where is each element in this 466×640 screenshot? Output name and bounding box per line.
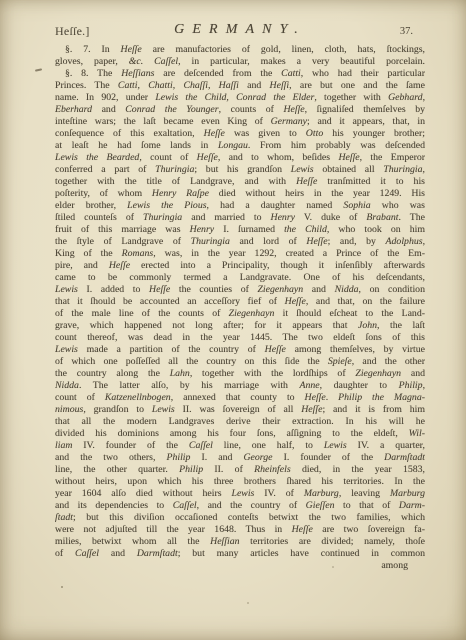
text-line: fruit of this marriage was Henry I. ſurn… [55,224,425,236]
text-line: year 1604 alſo died without heirs Lewis … [55,488,425,500]
text-line: count of Katzenellnbogen, annexed that c… [55,392,425,404]
text-line: nimous, grandſon to Lewis II. was ſovere… [55,404,425,416]
text-line: came to be commonly termed a Landgravate… [55,272,425,284]
text-block: §. 7. In Heſſe are manufactories of gold… [55,44,425,560]
text-line: ſtiled counteſs of Thuringia and married… [55,212,425,224]
text-line: Lewis I. added to Heſſe the counties of … [55,284,425,296]
running-head-title: GERMANY. [55,22,425,38]
text-line: grave, which happened not long after; fo… [55,320,425,332]
text-line: without heirs, upon which his three brot… [55,476,425,488]
text-line: Lewis the Bearded, count of Heſſe, and t… [55,152,425,164]
text-line: the ſtyle of Landgrave of Thuringia and … [55,236,425,248]
text-line: line, the other quarter. Philip II. of R… [55,464,425,476]
text-line: the country along the Lahn, together wit… [55,368,425,380]
catchword-line: among [55,560,425,572]
running-head: Heſſe.] GERMANY. 37. [55,22,425,40]
text-line: at leaſt he had ſome lands in Longau. Fr… [55,140,425,152]
book-page: Heſſe.] GERMANY. 37. §. 7. In Heſſe are … [0,0,466,640]
text-line: King of the Romans, was, in the year 129… [55,248,425,260]
text-line: that it ſhould be accounted an acceſſory… [55,296,425,308]
text-line: inteſtine wars; the laſt became even Kin… [55,116,425,128]
text-line: Nidda. The latter alſo, by his marriage … [55,380,425,392]
text-line: gloves, paper, &c. Caſſel, in particular… [55,56,425,68]
ink-speck [61,586,63,588]
text-line: ſtadt; but this diviſion occaſioned cont… [55,512,425,524]
text-line: of the male line of the counts of Ziegen… [55,308,425,320]
text-line: of which one poſſeſſed all the country o… [55,356,425,368]
text-line: milies, betwixt whom all the Heſſian ter… [55,536,425,548]
text-line: §. 7. In Heſſe are manufactories of gold… [55,44,425,56]
text-line: count thereof, was dead in the year 1445… [55,332,425,344]
text-line: Eberhard and Conrad the Younger, counts … [55,104,425,116]
text-line: Lewis made a partition of the country of… [55,344,425,356]
page-number: 37. [400,26,413,37]
text-line: poſterity, of whom Henry Raſpe died with… [55,188,425,200]
text-line: conſequence of this exaltation, Heſſe wa… [55,128,425,140]
text-line: and the two others, Philip I. and George… [55,452,425,464]
ink-speck [247,602,249,604]
text-line: and its dependencies to Caſſel, and the … [55,500,425,512]
text-line: §. 8. The Heſſians are deſcended from th… [55,68,425,80]
text-line: elder brother, Lewis the Pious, had a da… [55,200,425,212]
margin-mark [35,68,42,71]
text-line: that all the modern Landgraves derive th… [55,416,425,428]
text-line: Princes. The Catti, Chatti, Chaſſi, Haſſ… [55,80,425,92]
catchword: among [381,560,425,572]
text-line: together with the title of Landgrave, an… [55,176,425,188]
text-line: were not adjuſted till the year 1648. Th… [55,524,425,536]
text-line: divided his dominions among his four ſon… [55,428,425,440]
text-line: of Caſſel and Darmſtadt; but many articl… [55,548,425,560]
text-line: name. In 902, under Lewis the Child, Con… [55,92,425,104]
text-line: pire, and Heſſe erected into a Principal… [55,260,425,272]
ink-speck [332,566,334,568]
text-line: liam IV. founder of the Caſſel line, one… [55,440,425,452]
text-line: conferred a part of Thuringia; but his g… [55,164,425,176]
